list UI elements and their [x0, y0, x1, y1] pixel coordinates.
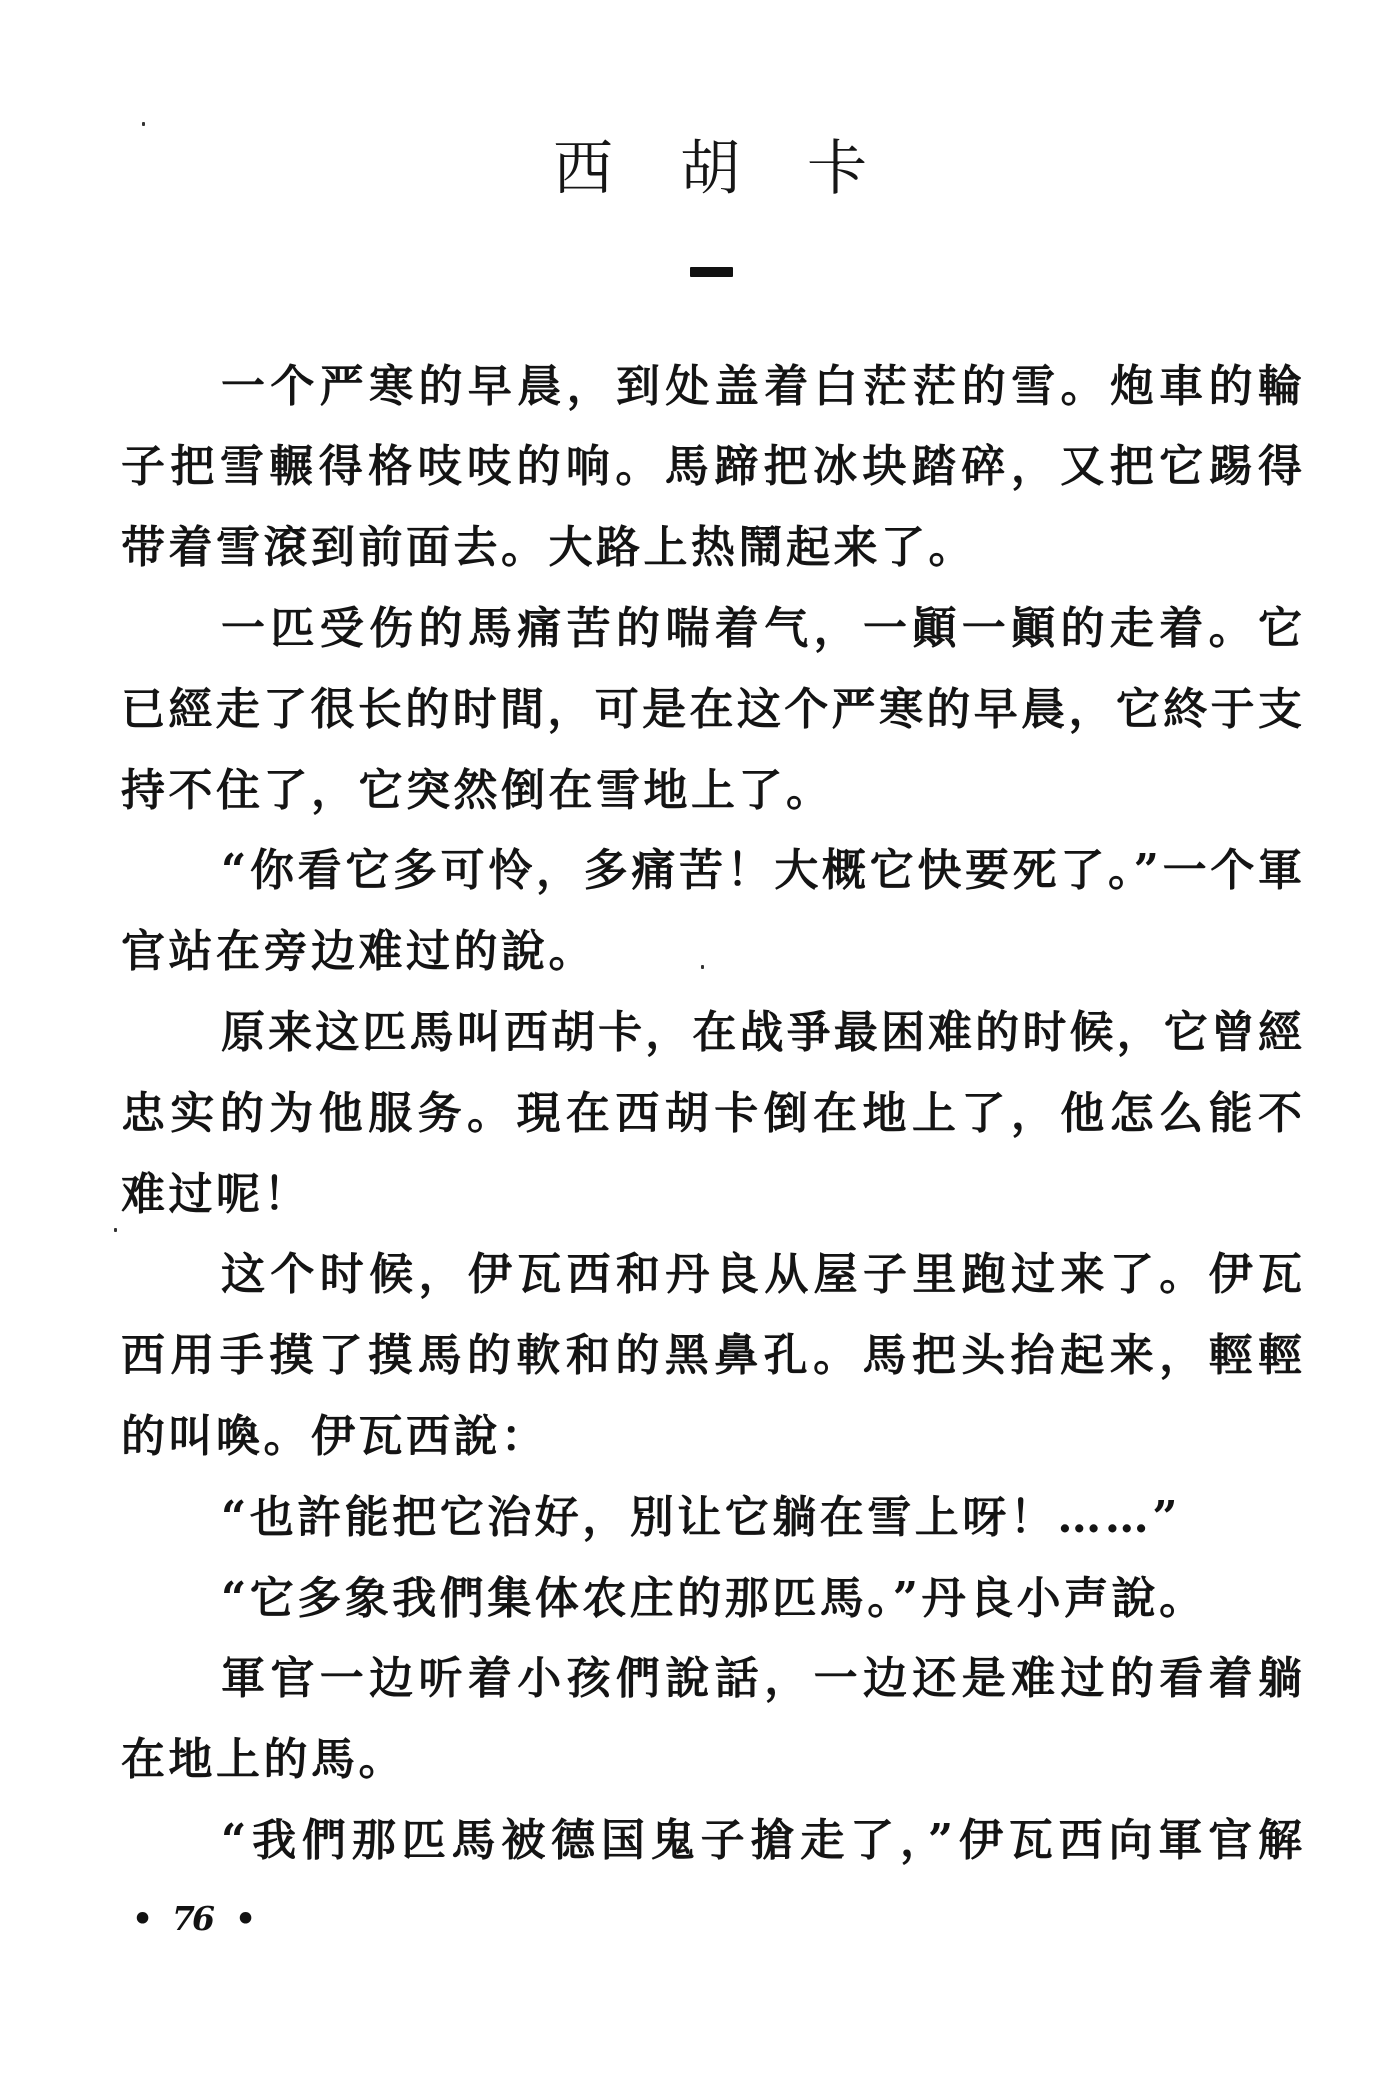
- text-line: 一匹受伤的馬痛苦的喘着气，一顚一顚的走着。它: [121, 589, 1302, 670]
- paragraph: “它多象我們集体农庄的那匹馬。”丹良小声說。: [121, 1559, 1302, 1640]
- paragraph: “你看它多可怜，多痛苦！大概它快要死了。”一个軍 官站在旁边难过的說。: [121, 831, 1302, 993]
- text-line: 西用手摸了摸馬的軟和的黑鼻孔。馬把头抬起来，輕輕: [121, 1316, 1302, 1397]
- text-line: “你看它多可怜，多痛苦！大概它快要死了。”一个軍: [121, 831, 1302, 912]
- section-number: 一: [690, 267, 733, 277]
- text-line: 这个时候，伊瓦西和丹良从屋子里跑过来了。伊瓦: [121, 1235, 1302, 1316]
- text-line: 持不住了，它突然倒在雪地上了。: [121, 751, 1302, 832]
- page-number-ornament-right: •: [235, 1899, 256, 1939]
- chapter-title: 西胡卡: [553, 133, 934, 205]
- book-page: 西胡卡 一 一个严寒的早晨，到处盖着白茫茫的雪。炮車的輪 子把雪輾得格吱吱的响。…: [0, 0, 1376, 2092]
- text-line: “也許能把它治好，別让它躺在雪上呀！……”: [121, 1478, 1302, 1559]
- text-line: 軍官一边听着小孩們說話，一边还是难过的看着躺: [121, 1639, 1302, 1720]
- body-text: 一个严寒的早晨，到处盖着白茫茫的雪。炮車的輪 子把雪輾得格吱吱的响。馬蹄把冰块踏…: [121, 347, 1302, 1882]
- text-line: 难过呢！: [121, 1155, 1302, 1236]
- text-line: 忠实的为他服务。現在西胡卡倒在地上了，他怎么能不: [121, 1074, 1302, 1155]
- text-line: 一个严寒的早晨，到处盖着白茫茫的雪。炮車的輪: [121, 347, 1302, 428]
- paragraph: 原来这匹馬叫西胡卡，在战爭最困难的时候，它曾經 忠实的为他服务。現在西胡卡倒在地…: [121, 993, 1302, 1235]
- text-line: 官站在旁边难过的說。: [121, 912, 1302, 993]
- text-line: 原来这匹馬叫西胡卡，在战爭最困难的时候，它曾經: [121, 993, 1302, 1074]
- paragraph: 这个时候，伊瓦西和丹良从屋子里跑过来了。伊瓦 西用手摸了摸馬的軟和的黑鼻孔。馬把…: [121, 1235, 1302, 1477]
- page-number: 76: [172, 1899, 212, 1939]
- scan-speck: [114, 1228, 117, 1232]
- text-line: 子把雪輾得格吱吱的响。馬蹄把冰块踏碎，又把它踢得: [121, 427, 1302, 508]
- text-line: 已經走了很长的时間，可是在这个严寒的早晨，它終于支: [121, 670, 1302, 751]
- paragraph: 軍官一边听着小孩們說話，一边还是难过的看着躺 在地上的馬。: [121, 1639, 1302, 1801]
- page-number-ornament-left: •: [132, 1899, 153, 1939]
- section-number-mark: 一: [690, 267, 733, 277]
- paragraph: 一个严寒的早晨，到处盖着白茫茫的雪。炮車的輪 子把雪輾得格吱吱的响。馬蹄把冰块踏…: [121, 347, 1302, 589]
- paragraph: “也許能把它治好，別让它躺在雪上呀！……”: [121, 1478, 1302, 1559]
- text-line: 在地上的馬。: [121, 1720, 1302, 1801]
- text-line: 的叫喚。伊瓦西說：: [121, 1397, 1302, 1478]
- text-line: 带着雪滾到前面去。大路上热鬧起来了。: [121, 508, 1302, 589]
- paragraph: 一匹受伤的馬痛苦的喘着气，一顚一顚的走着。它 已經走了很长的时間，可是在这个严寒…: [121, 589, 1302, 831]
- text-line: “我們那匹馬被德国鬼子搶走了，”伊瓦西向軍官解: [121, 1801, 1302, 1882]
- text-line: “它多象我們集体农庄的那匹馬。”丹良小声說。: [121, 1559, 1302, 1640]
- scan-speck: [142, 122, 145, 126]
- paragraph: “我們那匹馬被德国鬼子搶走了，”伊瓦西向軍官解: [121, 1801, 1302, 1882]
